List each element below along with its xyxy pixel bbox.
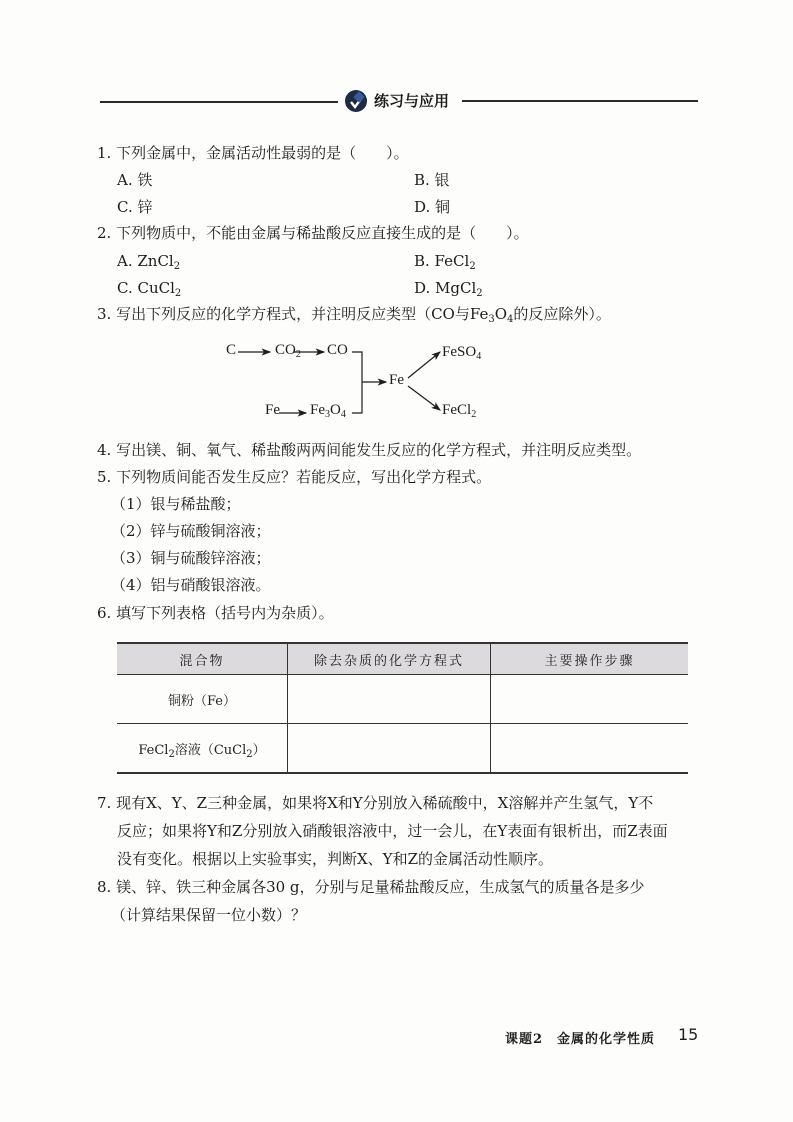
question-7-line-3: 没有变化。根据以上实验事实，判断X、Y和Z的金属活动性顺序。 xyxy=(117,849,553,869)
cell-steps[interactable] xyxy=(491,724,689,774)
cell-equation[interactable] xyxy=(288,724,491,774)
running-footer: 课题2 金属的化学性质 xyxy=(505,1028,655,1047)
question-4: 4. 写出镁、铜、氧气、稀盐酸两两间能发生反应的化学方程式，并注明反应类型。 xyxy=(97,440,641,460)
question-5: 5. 下列物质间能否发生反应？若能反应，写出化学方程式。 xyxy=(97,467,491,487)
q5-item-4: （4）铝与硝酸银溶液。 xyxy=(111,575,271,595)
col-header-equation: 除去杂质的化学方程式 xyxy=(288,643,491,675)
col-header-mixture: 混合物 xyxy=(117,643,288,675)
q5-item-2: （2）锌与硫酸铜溶液； xyxy=(111,521,271,541)
question-6: 6. 填写下列表格（括号内为杂质）。 xyxy=(97,603,334,623)
col-header-steps: 主要操作步骤 xyxy=(491,643,689,675)
q5-item-3: （3）铜与硫酸锌溶液； xyxy=(111,548,271,568)
cell-mixture: FeCl2溶液（CuCl2） xyxy=(117,724,288,774)
impurity-table: 混合物 除去杂质的化学方程式 主要操作步骤 铜粉（Fe） FeCl2溶液（CuC… xyxy=(117,642,688,774)
cell-steps[interactable] xyxy=(491,675,689,724)
question-7-line-1: 7. 现有X、Y、Z三种金属，如果将X和Y分别放入稀硫酸中，X溶解并产生氢气，Y… xyxy=(97,793,653,813)
cell-mixture: 铜粉（Fe） xyxy=(117,675,288,724)
question-8-line-1: 8. 镁、锌、铁三种金属各30 g，分别与足量稀盐酸反应，生成氢气的质量各是多少 xyxy=(97,877,645,897)
question-8-line-2: （计算结果保留一位小数）？ xyxy=(111,905,306,925)
q5-item-1: （1）银与稀盐酸； xyxy=(111,494,241,514)
page-number: 15 xyxy=(678,1025,698,1044)
cell-equation[interactable] xyxy=(288,675,491,724)
table-row: FeCl2溶液（CuCl2） xyxy=(117,724,688,774)
question-7-line-2: 反应；如果将Y和Z分别放入硝酸银溶液中，过一会儿，在Y表面有银析出，而Z表面 xyxy=(117,821,668,841)
table-row: 铜粉（Fe） xyxy=(117,675,688,724)
